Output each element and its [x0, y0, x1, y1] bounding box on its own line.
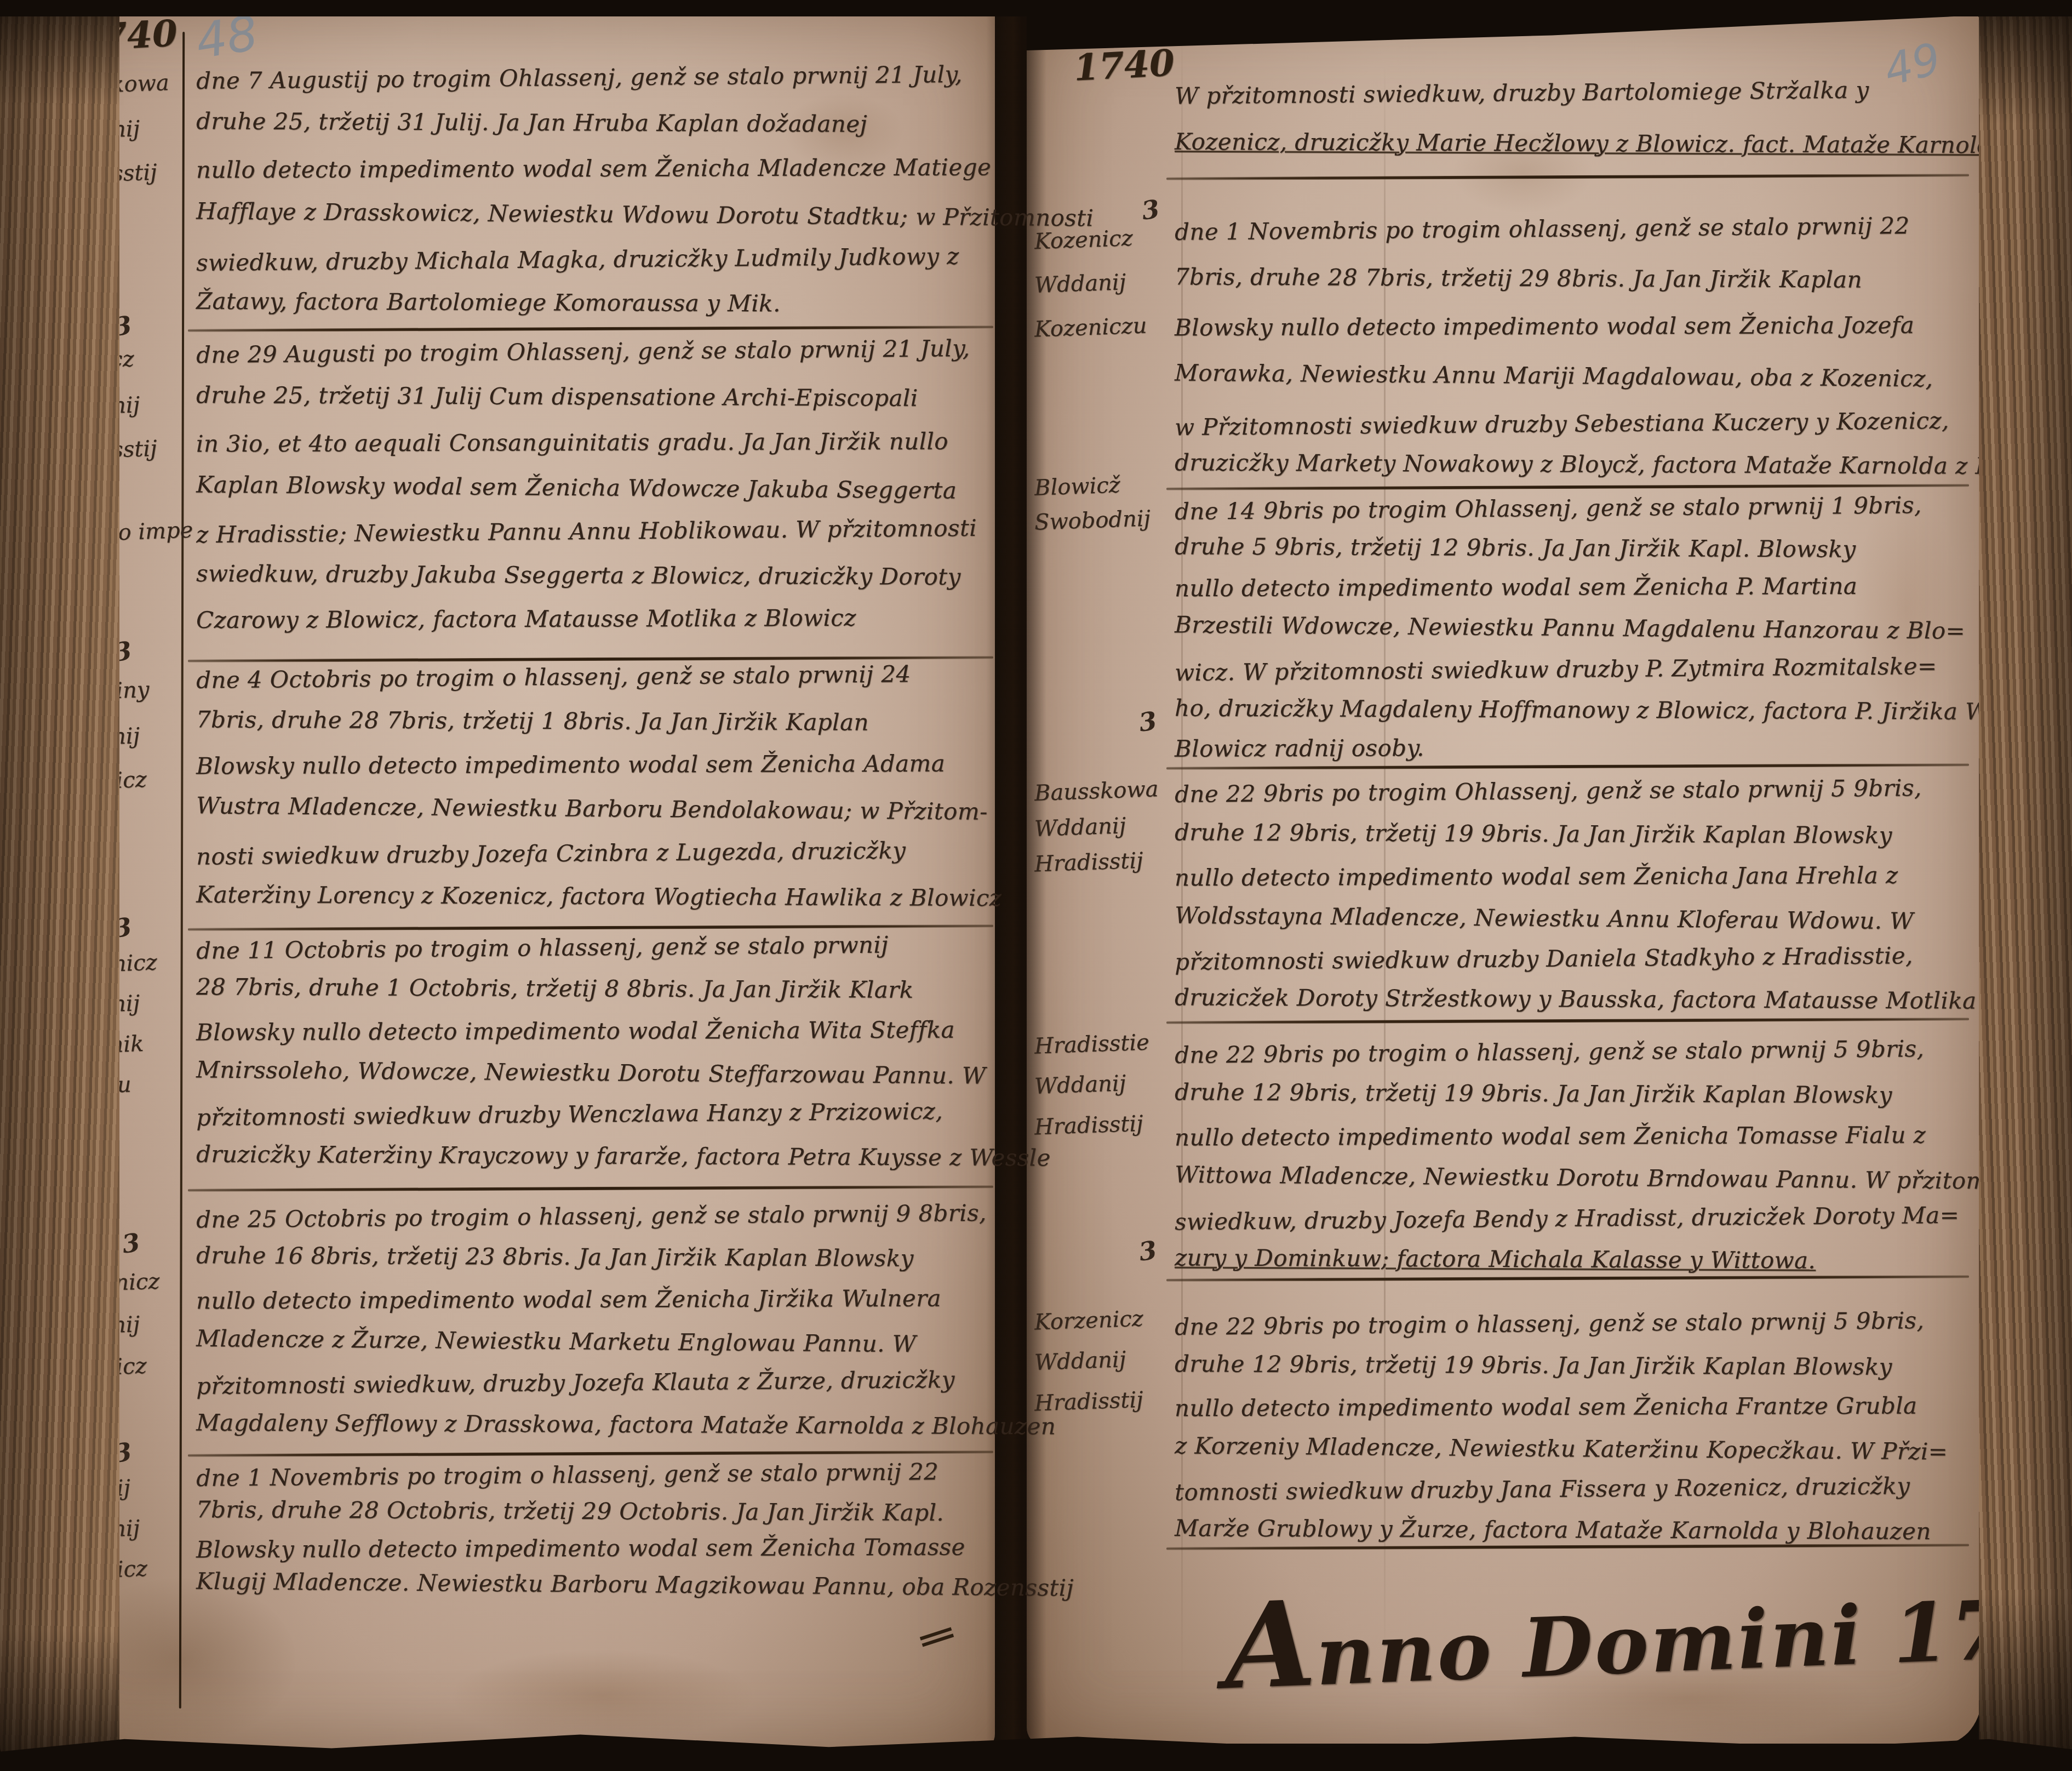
book-gutter	[986, 0, 1046, 1771]
page-edges-right	[1979, 0, 2072, 1771]
right-page	[1027, 12, 1982, 1744]
register-book-scan: 1740 48 TausskowaWddanijHradisstijdne 7 …	[0, 0, 2072, 1771]
left-page	[32, 13, 995, 1750]
page-edges-left	[0, 0, 119, 1771]
